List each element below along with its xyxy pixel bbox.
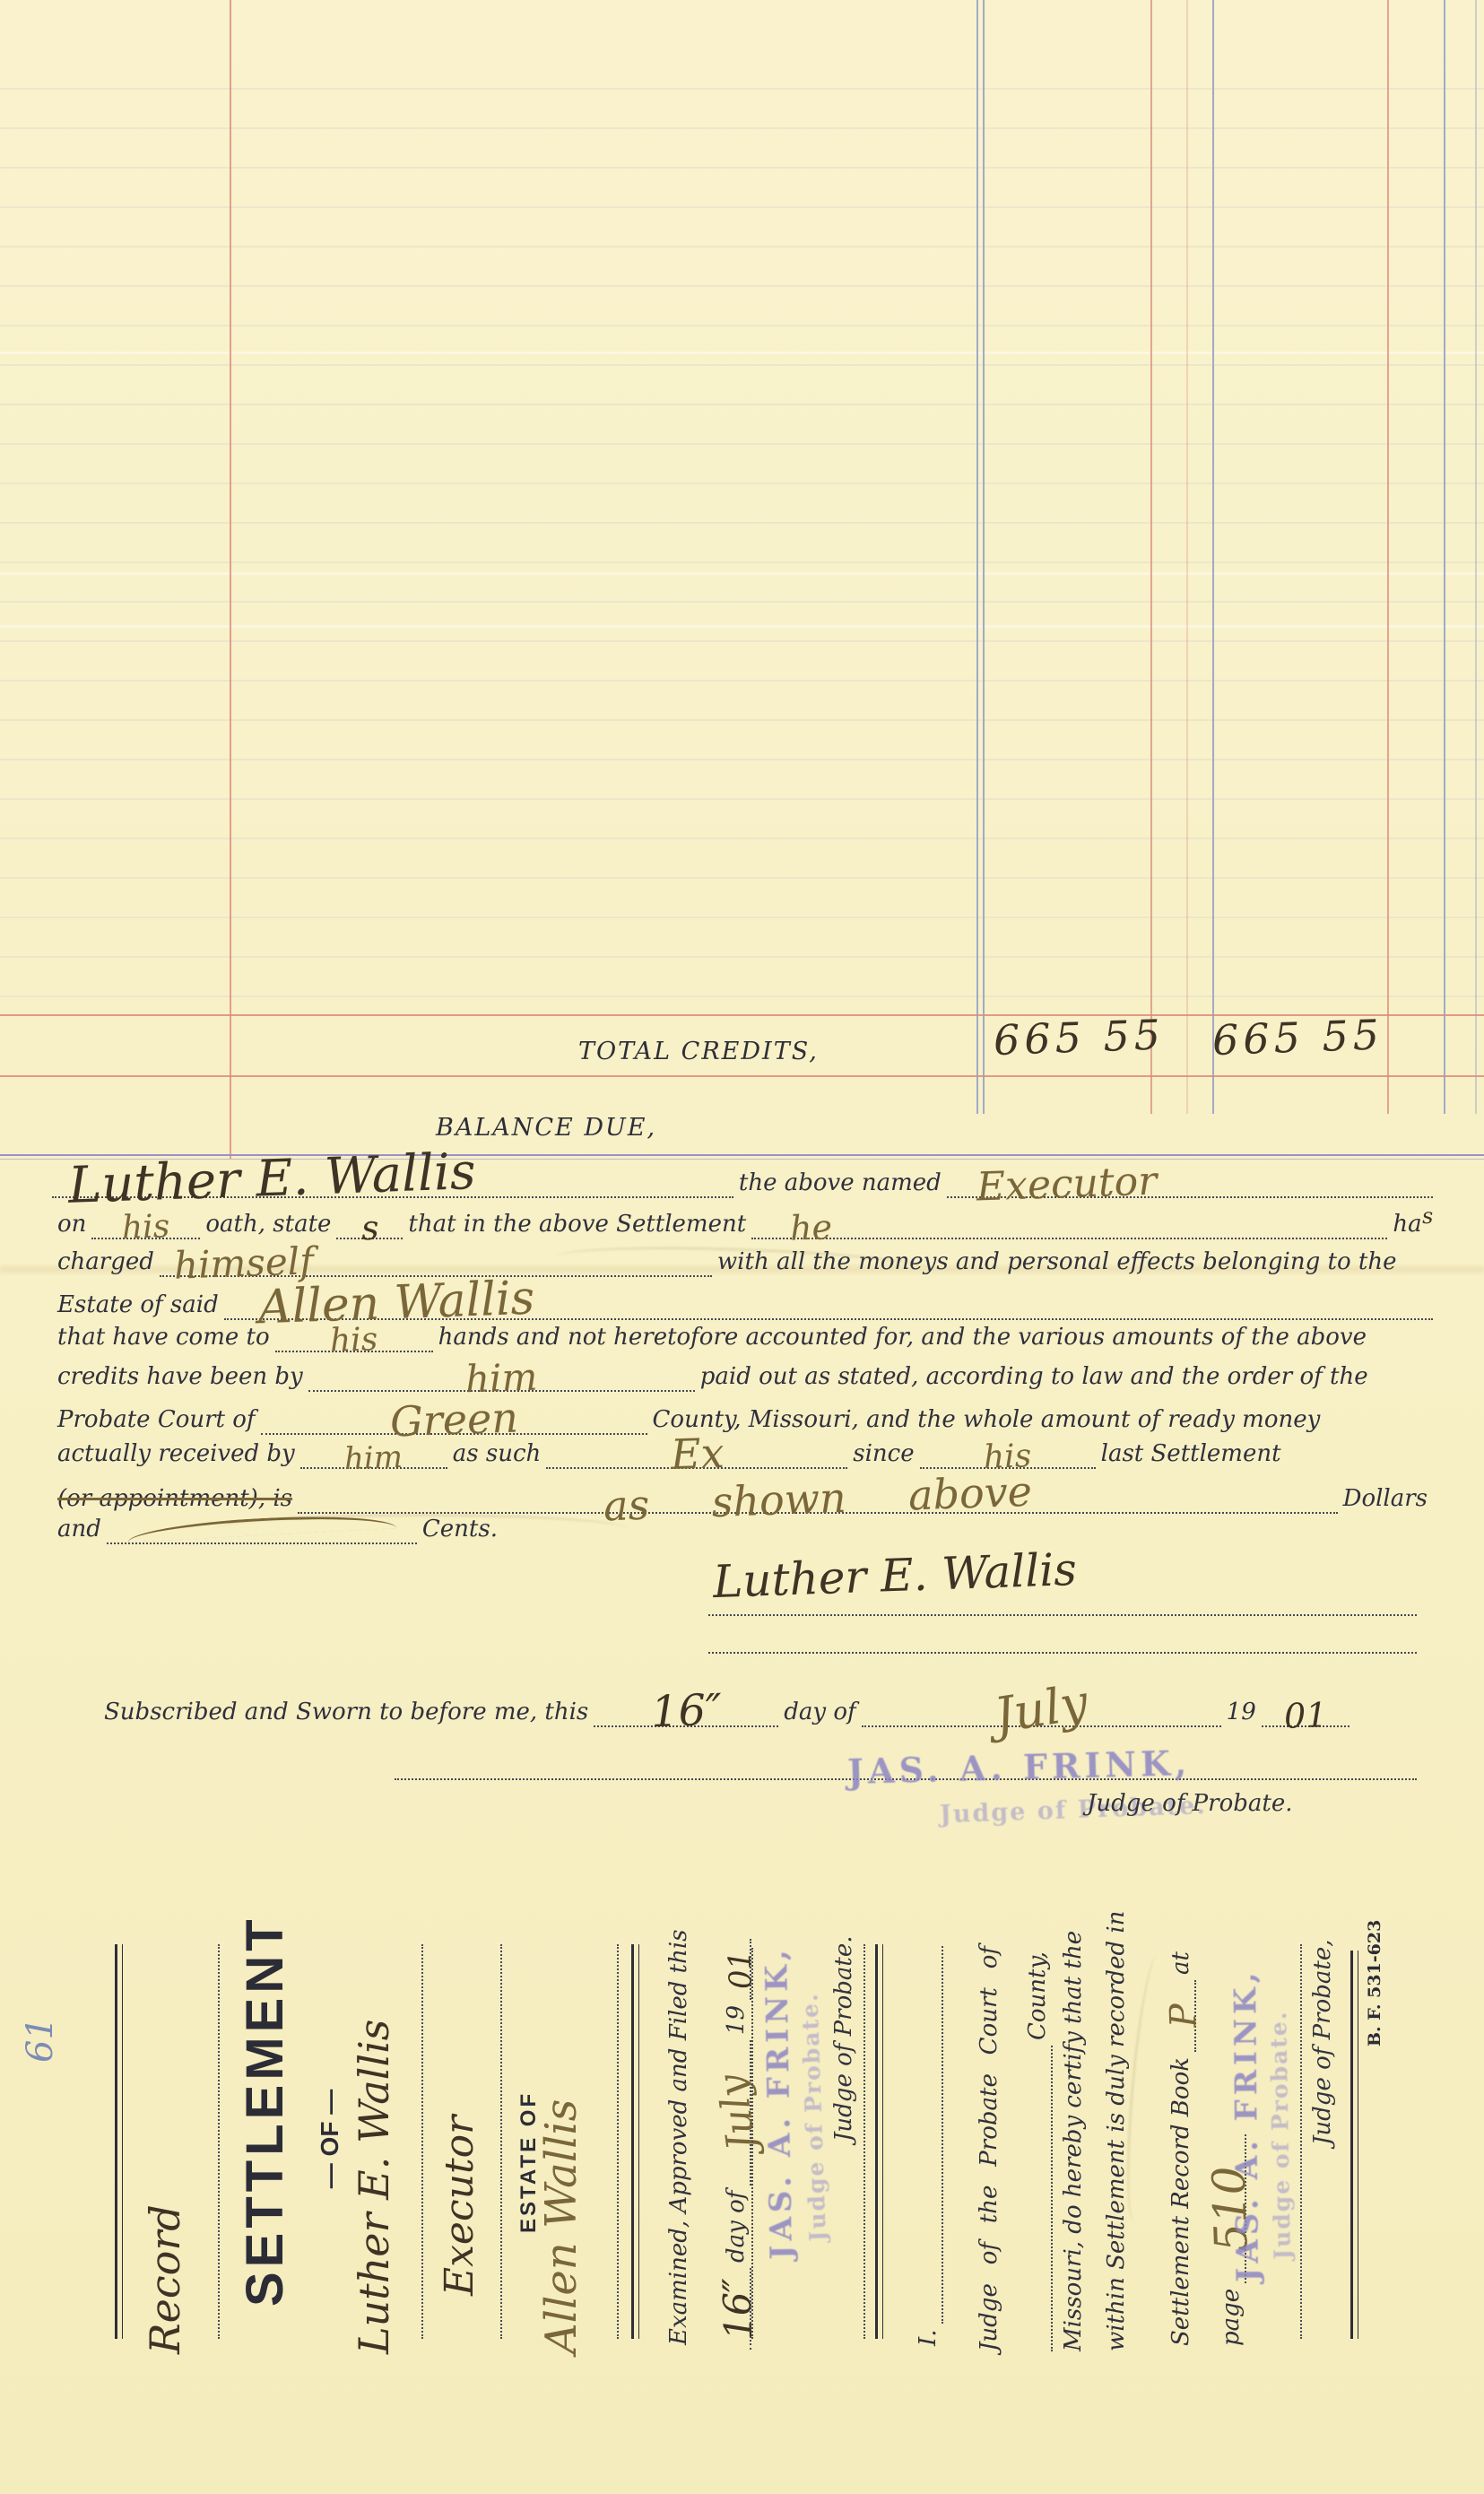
ledger-vline-blue: [1444, 0, 1445, 1114]
cert-line-missouri: Missouri, do hereby certify that the: [1060, 1946, 1087, 2351]
s-superscript-handwriting: s: [1421, 1206, 1433, 1225]
cert-name-blank: [942, 1946, 943, 2324]
signature-line-2: [708, 1652, 1417, 1654]
filed-day-handwriting: 16″: [721, 2277, 755, 2340]
year-handwriting: 01: [1283, 1700, 1327, 1731]
docket-dotted-rule: [500, 1944, 502, 2339]
month-handwriting: July: [992, 1681, 1090, 1737]
jurat-line: Subscribed and Sworn to before me, this …: [99, 1664, 1424, 1727]
docket-judge-title-stamp-2: Judge of Probate.: [1265, 2009, 1296, 2260]
docket-judge-title-stamp: Judge of Probate.: [796, 1990, 831, 2242]
year-blank: 01: [1262, 1697, 1349, 1727]
docket-filed-text: Examined, Approved and Filed this: [665, 1940, 692, 2345]
ledger-vline-blue: [983, 0, 985, 1114]
ledger-vline-blue-faint: [1475, 0, 1477, 1114]
ledger-horizontal-ruling: [0, 50, 1484, 1017]
total-credits-label: TOTAL CREDITS,: [578, 1038, 819, 1065]
filed-month-blank: July: [716, 2040, 751, 2186]
docket-judge-title-printed: Judge of Probate.: [830, 1926, 857, 2142]
docket-double-rule: [1350, 1951, 1358, 2339]
probate-settlement-document: TOTAL CREDITS, 665 55 665 55 BALANCE DUE…: [0, 0, 1484, 2494]
total-credits-amount-credit: 665 55: [1211, 1018, 1374, 1058]
signature-handwriting: Luther E. Wallis: [712, 1551, 1077, 1602]
printed-text: County,: [1024, 1951, 1051, 2040]
ledger-vline-blue: [1212, 0, 1214, 1114]
printed-text: and: [57, 1516, 101, 1542]
paper-crease: [0, 625, 1484, 628]
printed-text: Subscribed and Sworn to before me, this: [104, 1699, 588, 1725]
judge-title-printed: Judge of Probate.: [1087, 1790, 1292, 1817]
printed-text: page: [1218, 2289, 1245, 2346]
docket-filed-date-line: 16″ day of July 19 01: [698, 1939, 751, 2350]
docket-dotted-rule: [421, 1944, 423, 2339]
total-credits-amount-debit: 665 55: [993, 1018, 1155, 1058]
docket-judge-name-stamp-2: JAS. A. FRINK,: [1228, 1977, 1266, 2282]
docket-dotted-rule: [863, 1944, 865, 2339]
judge-name-stamp: JAS. A. FRINK,: [846, 1742, 1191, 1792]
docket-double-rule: [631, 1944, 639, 2339]
docket-judge-name-stamp: JAS. A. FRINK,: [759, 1954, 800, 2260]
printed-text: I.: [915, 2329, 942, 2346]
docket-dotted-rule: [617, 1944, 619, 2339]
docket-margin-number-handwriting: 61: [25, 1955, 56, 2063]
printed-text: 19: [1227, 1699, 1256, 1725]
docket-role-handwriting: Executor: [443, 1955, 476, 2296]
filed-day-blank: 16″: [717, 2268, 751, 2350]
docket-title: SETTLEMENT: [235, 1955, 295, 2307]
docket-dotted-rule: [218, 1944, 220, 2339]
ledger-hline-red: [0, 1075, 1484, 1077]
docket-judge-title-printed-2: Judge of Probate,: [1309, 1925, 1336, 2145]
docket-name-handwriting: Luther E. Wallis: [357, 1937, 392, 2354]
paper-crease: [0, 572, 1484, 575]
ledger-margin-line-red: [230, 0, 231, 1159]
ledger-vline-red: [1150, 0, 1152, 1114]
docket-of-label: — OF —: [316, 2072, 344, 2206]
docket-estate-name-handwriting: Allen Wallis: [543, 1933, 580, 2354]
docket-double-rule: [115, 1944, 123, 2339]
cert-county-blank: [1051, 2046, 1053, 2351]
docket-double-rule: [875, 1944, 883, 2339]
ledger-vline-blue: [976, 0, 978, 1114]
affidavit-name-line: Luther E. Wallis the above named Executo…: [52, 1123, 1433, 1198]
printed-text: day of: [723, 2191, 750, 2263]
form-number: B. F. 531-623: [1365, 1930, 1384, 2046]
docket-dotted-rule: [1300, 1944, 1302, 2339]
docket-note-handwriting: Record: [148, 1924, 183, 2354]
day-blank: 16″: [594, 1689, 778, 1727]
cert-line-county: County,: [1017, 1946, 1053, 2351]
printed-text: day of: [784, 1699, 855, 1725]
day-handwriting: 16″: [650, 1692, 722, 1732]
ledger-vline-red-faint: [1186, 0, 1188, 1114]
cert-line-within: within Settlement is duly recorded in: [1103, 1946, 1130, 2351]
cert-line-i: I.: [907, 1946, 943, 2351]
docket-dotted-rule: [751, 1948, 753, 2339]
name-blank: Luther E. Wallis: [52, 1153, 733, 1198]
month-blank: July: [862, 1684, 1221, 1727]
ledger-vline-red: [1387, 0, 1389, 1114]
cert-line-judge: Judge of the Probate Court of: [976, 1946, 1002, 2351]
filed-year-blank: 01: [724, 1939, 751, 2000]
paper-crease: [0, 352, 1484, 354]
printed-text: 19: [723, 2005, 750, 2035]
signature-line: [708, 1614, 1417, 1616]
